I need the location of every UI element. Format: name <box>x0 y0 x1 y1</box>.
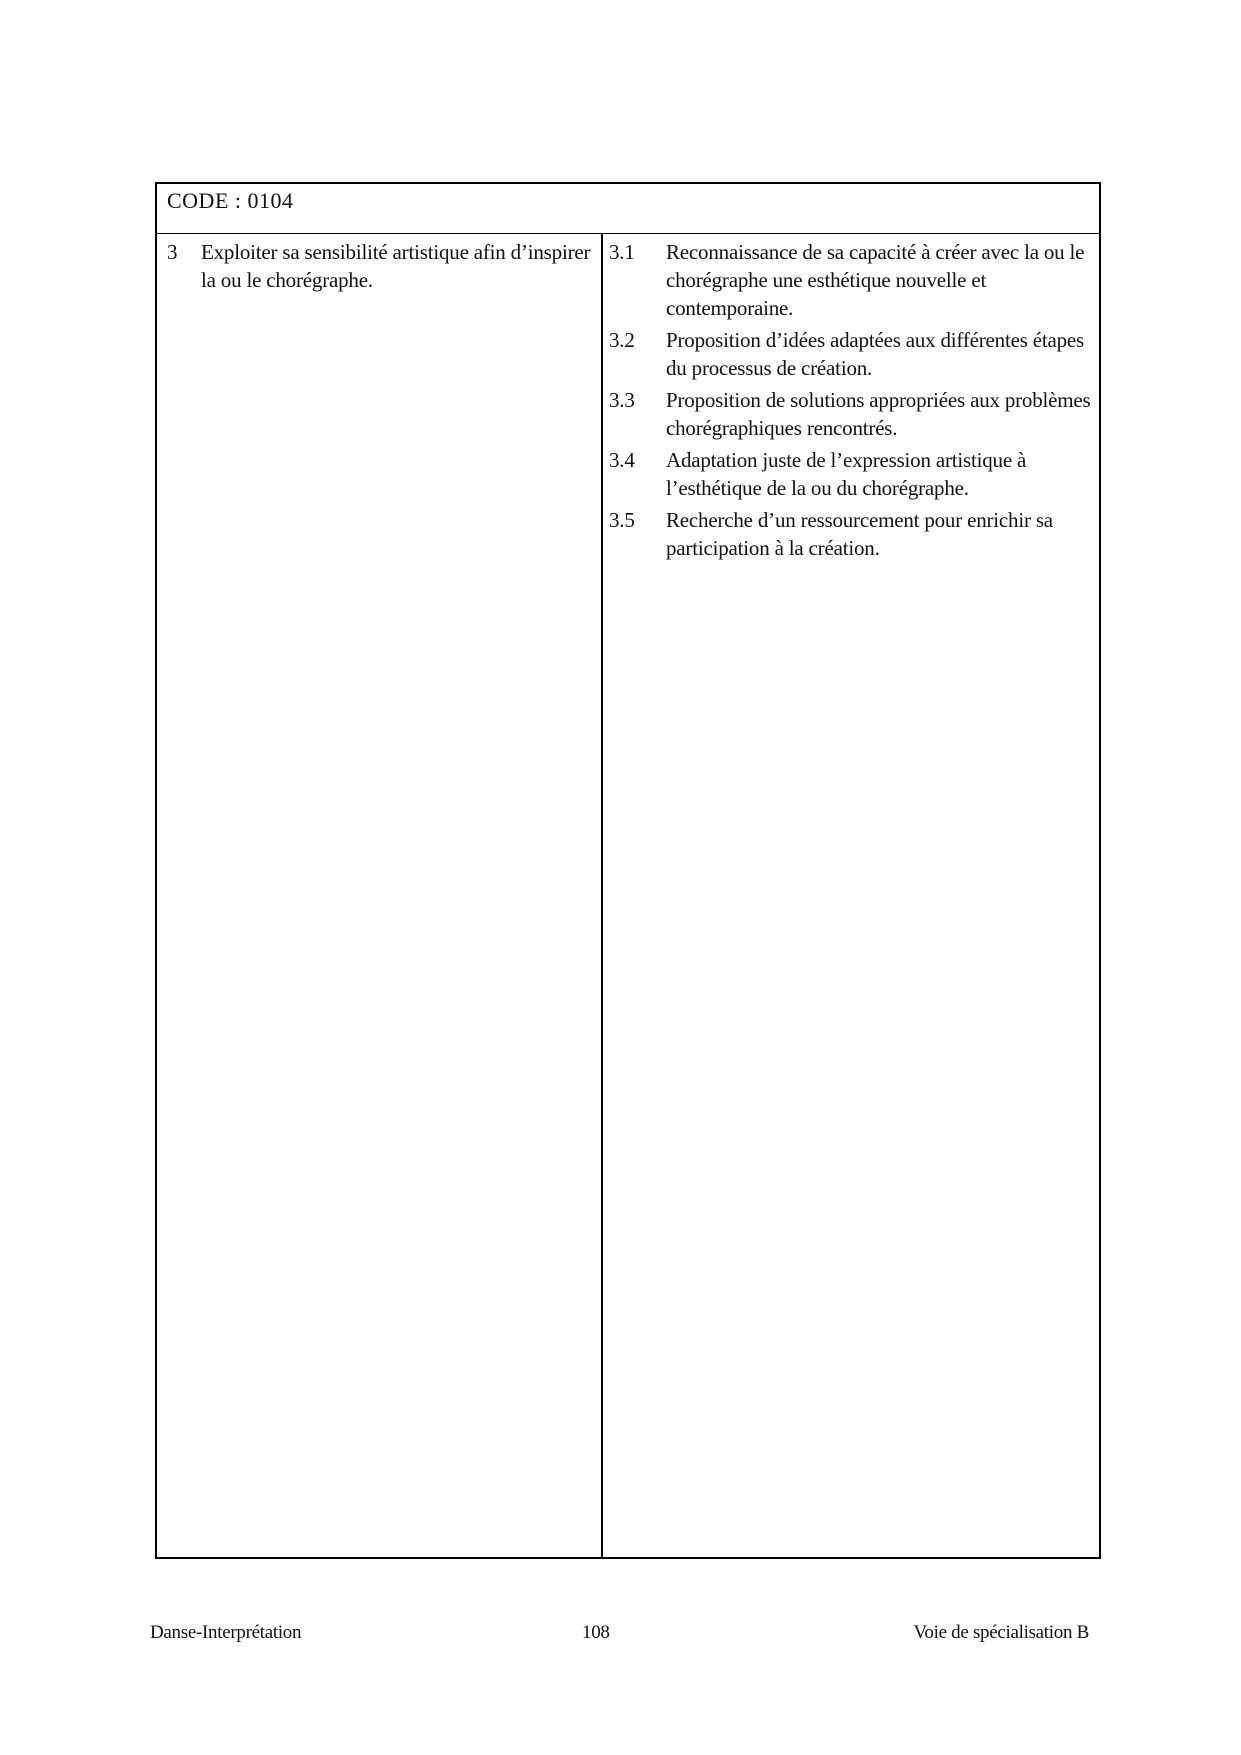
page-number: 108 <box>582 1622 610 1644</box>
criterion-number: 3.4 <box>609 446 666 502</box>
criterion-item: 3.5 Recherche d’un ressourcement pour en… <box>603 506 1099 562</box>
footer-title: Danse-Interprétation <box>150 1622 301 1644</box>
criterion-text: Recherche d’un ressourcement pour enrich… <box>666 506 1095 562</box>
competency-item: 3 Exploiter sa sensibilité artistique af… <box>157 234 601 294</box>
table-header: CODE : 0104 <box>157 184 1099 234</box>
criterion-text: Adaptation juste de l’expression artisti… <box>666 446 1095 502</box>
criterion-item: 3.3 Proposition de solutions appropriées… <box>603 386 1099 442</box>
competency-table: CODE : 0104 3 Exploiter sa sensibilité a… <box>155 182 1101 1559</box>
criterion-number: 3.2 <box>609 326 666 382</box>
criterion-item: 3.1 Reconnaissance de sa capacité à crée… <box>603 234 1099 322</box>
criterion-text: Proposition de solutions appropriées aux… <box>666 386 1095 442</box>
footer-section: Voie de spécialisation B <box>913 1622 1089 1644</box>
competency-number: 3 <box>167 238 201 294</box>
competency-column: 3 Exploiter sa sensibilité artistique af… <box>157 234 601 294</box>
criterion-item: 3.2 Proposition d’idées adaptées aux dif… <box>603 326 1099 382</box>
criterion-text: Reconnaissance de sa capacité à créer av… <box>666 238 1095 322</box>
code-label: CODE : 0104 <box>167 188 294 214</box>
criterion-number: 3.3 <box>609 386 666 442</box>
criterion-number: 3.5 <box>609 506 666 562</box>
competency-text: Exploiter sa sensibilité artistique afin… <box>201 238 593 294</box>
criterion-item: 3.4 Adaptation juste de l’expression art… <box>603 446 1099 502</box>
criteria-column: 3.1 Reconnaissance de sa capacité à crée… <box>603 234 1099 566</box>
criterion-text: Proposition d’idées adaptées aux différe… <box>666 326 1095 382</box>
criterion-number: 3.1 <box>609 238 666 322</box>
